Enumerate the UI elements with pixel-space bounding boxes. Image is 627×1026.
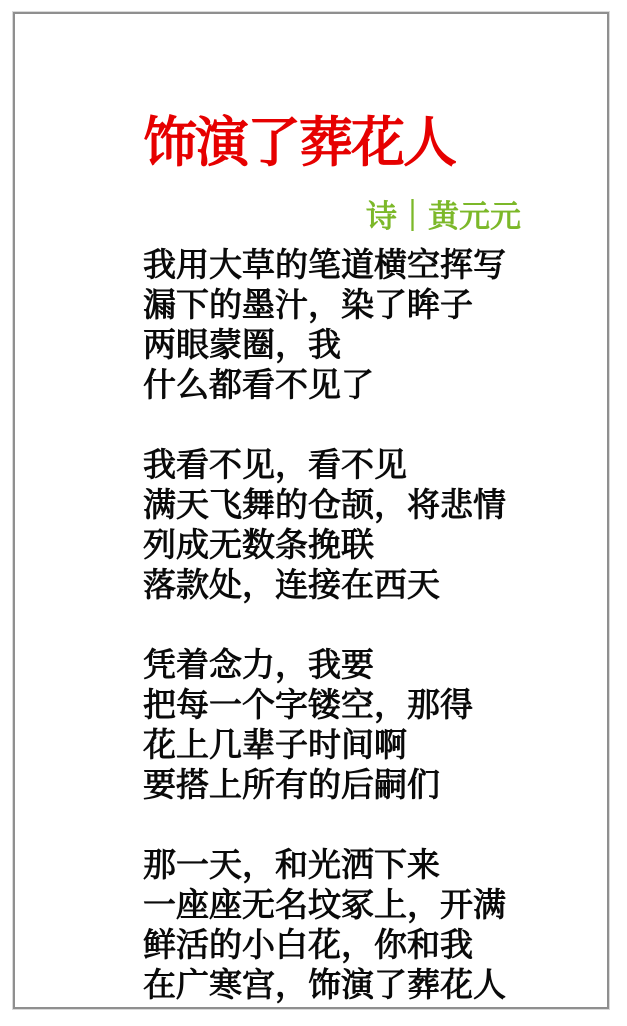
page-frame: 饰演了葬花人 诗｜黄元元 我用大草的笔道横空挥写漏下的墨汁，染了眸子两眼蒙圈，我… [13, 12, 609, 1009]
poem-line: 要搭上所有的后嗣们 [143, 765, 506, 805]
poem-title: 饰演了葬花人 [143, 112, 455, 174]
poem-line: 什么都看不见了 [143, 365, 506, 405]
poem-line: 把每一个字镂空，那得 [143, 685, 506, 725]
poem-line: 花上几辈子时间啊 [143, 725, 506, 765]
poem-line: 两眼蒙圈，我 [143, 325, 506, 365]
poem-line: 我用大草的笔道横空挥写 [143, 245, 506, 285]
poem-line: 落款处，连接在西天 [143, 565, 506, 605]
byline: 诗｜黄元元 [366, 198, 521, 235]
page: { "page": { "background_color": "#ffffff… [0, 0, 627, 1026]
poem-line: 漏下的墨汁，染了眸子 [143, 285, 506, 325]
poem-line: 鲜活的小白花，你和我 [143, 925, 506, 965]
poem-line: 我看不见，看不见 [143, 445, 506, 485]
poem-line: 一座座无名坟冢上，开满 [143, 885, 506, 925]
poem-stanza: 我看不见，看不见满天飞舞的仓颉，将悲情列成无数条挽联落款处，连接在西天 [143, 445, 506, 605]
poem-stanza: 凭着念力，我要把每一个字镂空，那得花上几辈子时间啊要搭上所有的后嗣们 [143, 645, 506, 805]
poem-line: 凭着念力，我要 [143, 645, 506, 685]
poem-stanza: 那一天，和光洒下来一座座无名坟冢上，开满鲜活的小白花，你和我在广寒宫，饰演了葬花… [143, 845, 506, 1005]
poem-line: 列成无数条挽联 [143, 525, 506, 565]
poem-stanza: 我用大草的笔道横空挥写漏下的墨汁，染了眸子两眼蒙圈，我什么都看不见了 [143, 245, 506, 405]
poem-line: 那一天，和光洒下来 [143, 845, 506, 885]
poem-line: 满天飞舞的仓颉，将悲情 [143, 485, 506, 525]
poem-line: 在广寒宫，饰演了葬花人 [143, 965, 506, 1005]
poem: 我用大草的笔道横空挥写漏下的墨汁，染了眸子两眼蒙圈，我什么都看不见了我看不见，看… [143, 245, 506, 1005]
